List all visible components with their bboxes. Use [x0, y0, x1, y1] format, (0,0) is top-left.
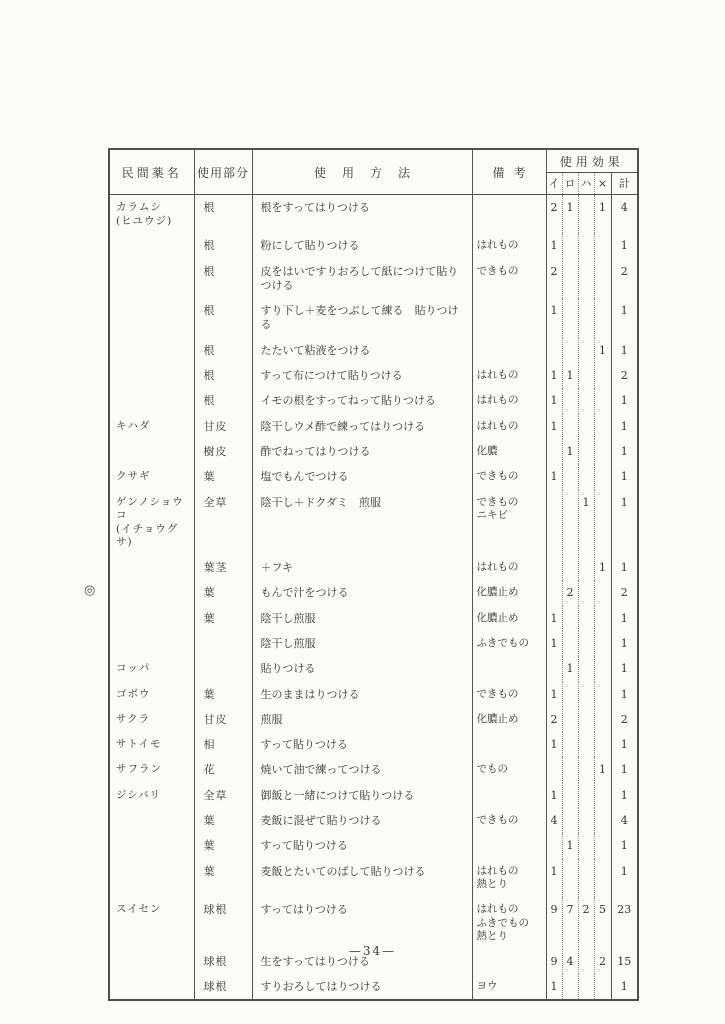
- remarks-cell: [472, 195, 546, 234]
- effect-x-cell: [594, 259, 611, 299]
- effect-x-cell: [594, 974, 611, 1000]
- effect-x-cell: [594, 580, 611, 605]
- effect-ro-cell: [562, 233, 578, 258]
- effect-ro-cell: 1: [562, 439, 578, 464]
- effect-x-cell: [594, 464, 611, 489]
- method-cell: 酢でねってはりつける: [252, 439, 472, 464]
- effect-ha-cell: [578, 656, 594, 681]
- effect-x-cell: [594, 859, 611, 897]
- effect-ha-cell: [578, 439, 594, 464]
- used-part-cell: [194, 631, 252, 656]
- used-part-cell: 根: [194, 363, 252, 388]
- table-header: 民間薬名 使用部分 使用方法 備考 使用効果 イロハ×計: [109, 149, 638, 195]
- effect-x-cell: [594, 732, 611, 757]
- effect-total-cell: 1: [611, 859, 638, 897]
- effect-ro-cell: [562, 298, 578, 338]
- method-cell: 塩でもんでつける: [252, 464, 472, 489]
- table-row: サフラン花焼いて油で練ってつけるでもの11: [109, 757, 638, 782]
- used-part-cell: 葉茎: [194, 555, 252, 580]
- used-part-cell: 球根: [194, 897, 252, 949]
- table-row: サトイモ相すって貼りつける11: [109, 732, 638, 757]
- effect-ro-cell: 1: [562, 363, 578, 388]
- effect-ro-cell: [562, 631, 578, 656]
- table-row: サクラ甘皮煎服化膿止め22: [109, 707, 638, 732]
- medicine-name-cell: ゴボウ: [109, 682, 194, 707]
- effect-i-cell: 9: [546, 897, 562, 949]
- effect-i-cell: 1: [546, 783, 562, 808]
- effect-ha-cell: [578, 631, 594, 656]
- effect-x-cell: [594, 606, 611, 631]
- effect-x-cell: [594, 298, 611, 338]
- effect-ha-cell: [578, 195, 594, 234]
- remarks-cell: 化膿止め: [472, 580, 546, 605]
- effect-ro-cell: 1: [562, 833, 578, 858]
- effect-ro-cell: [562, 464, 578, 489]
- used-part-cell: 全草: [194, 490, 252, 556]
- table-row: 樹皮酢でねってはりつける化膿11: [109, 439, 638, 464]
- effect-ro-cell: [562, 707, 578, 732]
- effect-ro-cell: [562, 490, 578, 556]
- used-part-cell: 根: [194, 338, 252, 363]
- medicine-name-cell: クサギ: [109, 464, 194, 489]
- remarks-cell: [472, 783, 546, 808]
- effect-x-cell: 1: [594, 338, 611, 363]
- effect-x-cell: [594, 656, 611, 681]
- effect-total-cell: 1: [611, 464, 638, 489]
- remarks-cell: はれもの: [472, 555, 546, 580]
- table-row: 根すり下し＋麦をつぶして練る 貼りつける11: [109, 298, 638, 338]
- method-cell: たたいて粘液をつける: [252, 338, 472, 363]
- effect-total-cell: 1: [611, 338, 638, 363]
- header-usage-effect: 使用効果: [546, 149, 638, 173]
- remarks-cell: はれもの: [472, 363, 546, 388]
- effect-ro-cell: [562, 732, 578, 757]
- method-cell: 根をすってはりつける: [252, 195, 472, 234]
- medicine-name-cell: [109, 808, 194, 833]
- effect-ha-cell: [578, 414, 594, 439]
- effect-total-cell: 1: [611, 414, 638, 439]
- effect-total-cell: 1: [611, 656, 638, 681]
- effect-x-cell: 1: [594, 757, 611, 782]
- effect-ha-cell: [578, 464, 594, 489]
- medicine-name-cell: [109, 631, 194, 656]
- medicine-name-cell: [109, 555, 194, 580]
- medicine-name-cell: [109, 859, 194, 897]
- method-cell: ＋フキ: [252, 555, 472, 580]
- effect-total-cell: 2: [611, 363, 638, 388]
- method-cell: すって貼りつける: [252, 833, 472, 858]
- table-row: スイセン球根すってはりつけるはれもの ふきでもの 熱とり972523: [109, 897, 638, 949]
- remarks-cell: 化膿止め: [472, 606, 546, 631]
- effect-i-cell: [546, 656, 562, 681]
- effect-total-cell: 23: [611, 897, 638, 949]
- effect-ha-cell: [578, 298, 594, 338]
- effect-ha-cell: [578, 555, 594, 580]
- effect-ha-cell: [578, 757, 594, 782]
- table-row: ゴボウ葉生のままはりつけるできもの11: [109, 682, 638, 707]
- effect-total-cell: 1: [611, 833, 638, 858]
- method-cell: すり下し＋麦をつぶして練る 貼りつける: [252, 298, 472, 338]
- remarks-cell: 化膿: [472, 439, 546, 464]
- table-row: 葉陰干し煎服化膿止め11: [109, 606, 638, 631]
- used-part-cell: 根: [194, 259, 252, 299]
- method-cell: 御飯と一緒につけて貼りつける: [252, 783, 472, 808]
- effect-x-cell: [594, 439, 611, 464]
- effect-ha-cell: [578, 808, 594, 833]
- table-row: 陰干し煎服ふきでもの11: [109, 631, 638, 656]
- medicine-name-cell: [109, 580, 194, 605]
- medicine-name-cell: [109, 233, 194, 258]
- effect-ro-cell: [562, 555, 578, 580]
- remarks-cell: [472, 338, 546, 363]
- effect-total-cell: 1: [611, 783, 638, 808]
- effect-total-cell: 1: [611, 439, 638, 464]
- method-cell: イモの根をすってねって貼りつける: [252, 388, 472, 413]
- margin-circle-mark: ◎: [84, 583, 95, 598]
- effect-ha-cell: [578, 833, 594, 858]
- remarks-cell: はれもの: [472, 388, 546, 413]
- used-part-cell: 根: [194, 233, 252, 258]
- method-cell: 貼りつける: [252, 656, 472, 681]
- method-cell: 陰干し煎服: [252, 606, 472, 631]
- effect-ha-cell: [578, 859, 594, 897]
- effect-ro-cell: 2: [562, 580, 578, 605]
- effect-i-cell: [546, 555, 562, 580]
- effect-i-cell: [546, 757, 562, 782]
- effect-i-cell: 2: [546, 707, 562, 732]
- header-row: 民間薬名 使用部分 使用方法 備考 使用効果: [109, 149, 638, 173]
- effect-ha-cell: 2: [578, 897, 594, 949]
- medicine-name-cell: [109, 974, 194, 1000]
- effect-ha-cell: [578, 363, 594, 388]
- effect-i-cell: 1: [546, 464, 562, 489]
- method-cell: 陰干しウメ酢で練ってはりつける: [252, 414, 472, 439]
- header-usage-method: 使用方法: [252, 149, 472, 195]
- effect-i-cell: 1: [546, 606, 562, 631]
- effect-total-cell: 1: [611, 757, 638, 782]
- table-row: 葉麦飯に混ぜて貼りつけるできもの44: [109, 808, 638, 833]
- remarks-cell: 化膿止め: [472, 707, 546, 732]
- effect-total-cell: 1: [611, 233, 638, 258]
- effect-i-cell: 1: [546, 233, 562, 258]
- medicine-name-cell: [109, 298, 194, 338]
- used-part-cell: 根: [194, 388, 252, 413]
- effect-ha-cell: [578, 606, 594, 631]
- method-cell: すってはりつける: [252, 897, 472, 949]
- table-row: キハダ甘皮陰干しウメ酢で練ってはりつけるはれもの11: [109, 414, 638, 439]
- effect-x-cell: [594, 682, 611, 707]
- effect-x-cell: [594, 707, 611, 732]
- used-part-cell: 葉: [194, 580, 252, 605]
- method-cell: 麦飯に混ぜて貼りつける: [252, 808, 472, 833]
- effect-total-cell: 1: [611, 555, 638, 580]
- effect-i-cell: [546, 833, 562, 858]
- effect-ha-cell: [578, 707, 594, 732]
- medicine-name-cell: [109, 338, 194, 363]
- medicine-name-cell: [109, 606, 194, 631]
- method-cell: 皮をはいですりおろして紙につけて貼りつける: [252, 259, 472, 299]
- effect-ro-cell: [562, 338, 578, 363]
- header-used-part: 使用部分: [194, 149, 252, 195]
- effect-i-cell: 1: [546, 414, 562, 439]
- effect-i-cell: 1: [546, 859, 562, 897]
- table-row: ゲンノショウコ (イチョウグサ)全草陰干し＋ドクダミ 煎服できもの ニキビ11: [109, 490, 638, 556]
- table-body: カラムシ (ヒユウジ)根根をすってはりつける2114根粉にして貼りつけるはれもの…: [109, 195, 638, 1001]
- method-cell: もんで汁をつける: [252, 580, 472, 605]
- effect-x-cell: [594, 388, 611, 413]
- effect-x-cell: 5: [594, 897, 611, 949]
- effect-total-cell: 4: [611, 195, 638, 234]
- medicine-name-cell: サトイモ: [109, 732, 194, 757]
- effect-ro-cell: [562, 388, 578, 413]
- effect-total-cell: 2: [611, 259, 638, 299]
- remarks-cell: はれもの: [472, 414, 546, 439]
- method-cell: 陰干し煎服: [252, 631, 472, 656]
- effect-x-cell: [594, 414, 611, 439]
- effect-ro-cell: [562, 974, 578, 1000]
- remarks-cell: はれもの: [472, 233, 546, 258]
- effect-total-cell: 1: [611, 974, 638, 1000]
- medicine-name-cell: サフラン: [109, 757, 194, 782]
- used-part-cell: 樹皮: [194, 439, 252, 464]
- effect-i-cell: 4: [546, 808, 562, 833]
- table-row: 球根すりおろしてはりつけるヨウ11: [109, 974, 638, 1000]
- remarks-cell: できもの: [472, 808, 546, 833]
- used-part-cell: 葉: [194, 859, 252, 897]
- medicine-name-cell: カラムシ (ヒユウジ): [109, 195, 194, 234]
- effect-i-cell: [546, 490, 562, 556]
- medicine-name-cell: [109, 259, 194, 299]
- header-remarks: 備考: [472, 149, 546, 195]
- medicine-name-cell: [109, 439, 194, 464]
- table-row: 葉麦飯とたいてのばして貼りつけるはれもの 熱とり11: [109, 859, 638, 897]
- remarks-cell: [472, 298, 546, 338]
- table-row: カラムシ (ヒユウジ)根根をすってはりつける2114: [109, 195, 638, 234]
- effect-ro-cell: [562, 808, 578, 833]
- used-part-cell: 球根: [194, 974, 252, 1000]
- effect-total-cell: 1: [611, 490, 638, 556]
- medicine-name-cell: ゲンノショウコ (イチョウグサ): [109, 490, 194, 556]
- effect-i-cell: [546, 338, 562, 363]
- effect-ha-cell: [578, 388, 594, 413]
- method-cell: すりおろしてはりつける: [252, 974, 472, 1000]
- remarks-cell: できもの ニキビ: [472, 490, 546, 556]
- effect-ro-cell: [562, 682, 578, 707]
- effect-total-cell: 1: [611, 732, 638, 757]
- medicine-name-cell: [109, 833, 194, 858]
- medicine-name-cell: コッパ: [109, 656, 194, 681]
- used-part-cell: 葉: [194, 606, 252, 631]
- method-cell: すって布につけて貼りつける: [252, 363, 472, 388]
- remarks-cell: はれもの 熱とり: [472, 859, 546, 897]
- method-cell: すって貼りつける: [252, 732, 472, 757]
- method-cell: 生のままはりつける: [252, 682, 472, 707]
- used-part-cell: 葉: [194, 682, 252, 707]
- used-part-cell: 根: [194, 195, 252, 234]
- table-row: コッパ貼りつける11: [109, 656, 638, 681]
- used-part-cell: 葉: [194, 464, 252, 489]
- used-part-cell: 花: [194, 757, 252, 782]
- used-part-cell: 葉: [194, 808, 252, 833]
- effect-ha-cell: [578, 233, 594, 258]
- effect-i-cell: [546, 580, 562, 605]
- used-part-cell: 甘皮: [194, 707, 252, 732]
- medicine-name-cell: [109, 388, 194, 413]
- effect-x-cell: [594, 808, 611, 833]
- effect-i-cell: 1: [546, 388, 562, 413]
- medicine-name-cell: サクラ: [109, 707, 194, 732]
- header-medicine-name: 民間薬名: [109, 149, 194, 195]
- medicine-name-cell: [109, 363, 194, 388]
- remarks-cell: でもの: [472, 757, 546, 782]
- page-number: —34—: [108, 944, 637, 958]
- effect-ha-cell: 1: [578, 490, 594, 556]
- used-part-cell: 根: [194, 298, 252, 338]
- document-page: ◎ 民間薬名 使用部分 使用方法 備考 使用効果 イロハ×計 カラムシ (ヒユウ…: [0, 0, 725, 1024]
- effect-ha-cell: [578, 580, 594, 605]
- remarks-cell: できもの: [472, 682, 546, 707]
- effect-col-header: 計: [611, 173, 638, 195]
- effect-x-cell: [594, 783, 611, 808]
- effect-ro-cell: [562, 859, 578, 897]
- effect-i-cell: 1: [546, 298, 562, 338]
- effect-col-header: イ: [546, 173, 562, 195]
- effect-x-cell: [594, 490, 611, 556]
- remarks-cell: できもの: [472, 464, 546, 489]
- table-row: クサギ葉塩でもんでつけるできもの11: [109, 464, 638, 489]
- table-row: 葉もんで汁をつける化膿止め22: [109, 580, 638, 605]
- effect-i-cell: 1: [546, 631, 562, 656]
- method-cell: 焼いて油で練ってつける: [252, 757, 472, 782]
- effect-total-cell: 1: [611, 388, 638, 413]
- effect-ro-cell: [562, 606, 578, 631]
- effect-ha-cell: [578, 338, 594, 363]
- remarks-cell: できもの: [472, 259, 546, 299]
- effect-x-cell: [594, 363, 611, 388]
- effect-total-cell: 1: [611, 682, 638, 707]
- table-row: ジシバリ全草御飯と一緒につけて貼りつける11: [109, 783, 638, 808]
- table-row: 根皮をはいですりおろして紙につけて貼りつけるできもの22: [109, 259, 638, 299]
- remarks-cell: はれもの ふきでもの 熱とり: [472, 897, 546, 949]
- effect-i-cell: 2: [546, 259, 562, 299]
- method-cell: 陰干し＋ドクダミ 煎服: [252, 490, 472, 556]
- folk-medicine-table: 民間薬名 使用部分 使用方法 備考 使用効果 イロハ×計 カラムシ (ヒユウジ)…: [108, 148, 639, 1001]
- effect-i-cell: 1: [546, 732, 562, 757]
- effect-ro-cell: 7: [562, 897, 578, 949]
- effect-total-cell: 4: [611, 808, 638, 833]
- effect-total-cell: 1: [611, 298, 638, 338]
- effect-ha-cell: [578, 732, 594, 757]
- effect-i-cell: 1: [546, 974, 562, 1000]
- medicine-name-cell: スイセン: [109, 897, 194, 949]
- effect-col-header: ロ: [562, 173, 578, 195]
- used-part-cell: 相: [194, 732, 252, 757]
- used-part-cell: 甘皮: [194, 414, 252, 439]
- effect-x-cell: 1: [594, 555, 611, 580]
- remarks-cell: ヨウ: [472, 974, 546, 1000]
- effect-total-cell: 1: [611, 631, 638, 656]
- effect-x-cell: [594, 233, 611, 258]
- effect-i-cell: 1: [546, 363, 562, 388]
- medicine-name-cell: ジシバリ: [109, 783, 194, 808]
- effect-ro-cell: [562, 783, 578, 808]
- effect-ha-cell: [578, 682, 594, 707]
- effect-ha-cell: [578, 783, 594, 808]
- effect-x-cell: [594, 833, 611, 858]
- effect-col-header: ×: [594, 173, 611, 195]
- effect-ha-cell: [578, 974, 594, 1000]
- remarks-cell: [472, 656, 546, 681]
- table-row: 葉すって貼りつける11: [109, 833, 638, 858]
- effect-ro-cell: [562, 259, 578, 299]
- effect-x-cell: 1: [594, 195, 611, 234]
- remarks-cell: ふきでもの: [472, 631, 546, 656]
- effect-i-cell: 1: [546, 682, 562, 707]
- used-part-cell: 葉: [194, 833, 252, 858]
- effect-col-header: ハ: [578, 173, 594, 195]
- effect-i-cell: 2: [546, 195, 562, 234]
- effect-ha-cell: [578, 259, 594, 299]
- effect-ro-cell: 1: [562, 195, 578, 234]
- effect-total-cell: 2: [611, 580, 638, 605]
- method-cell: 煎服: [252, 707, 472, 732]
- effect-i-cell: [546, 439, 562, 464]
- method-cell: 粉にして貼りつける: [252, 233, 472, 258]
- effect-ro-cell: 1: [562, 656, 578, 681]
- table-row: 葉茎＋フキはれもの11: [109, 555, 638, 580]
- remarks-cell: [472, 732, 546, 757]
- effect-ro-cell: [562, 757, 578, 782]
- effect-total-cell: 1: [611, 606, 638, 631]
- effect-ro-cell: [562, 414, 578, 439]
- medicine-name-cell: キハダ: [109, 414, 194, 439]
- method-cell: 麦飯とたいてのばして貼りつける: [252, 859, 472, 897]
- effect-x-cell: [594, 631, 611, 656]
- remarks-cell: [472, 833, 546, 858]
- effect-total-cell: 2: [611, 707, 638, 732]
- table-row: 根粉にして貼りつけるはれもの11: [109, 233, 638, 258]
- used-part-cell: [194, 656, 252, 681]
- table-row: 根イモの根をすってねって貼りつけるはれもの11: [109, 388, 638, 413]
- used-part-cell: 全草: [194, 783, 252, 808]
- table-row: 根たたいて粘液をつける11: [109, 338, 638, 363]
- table-row: 根すって布につけて貼りつけるはれもの112: [109, 363, 638, 388]
